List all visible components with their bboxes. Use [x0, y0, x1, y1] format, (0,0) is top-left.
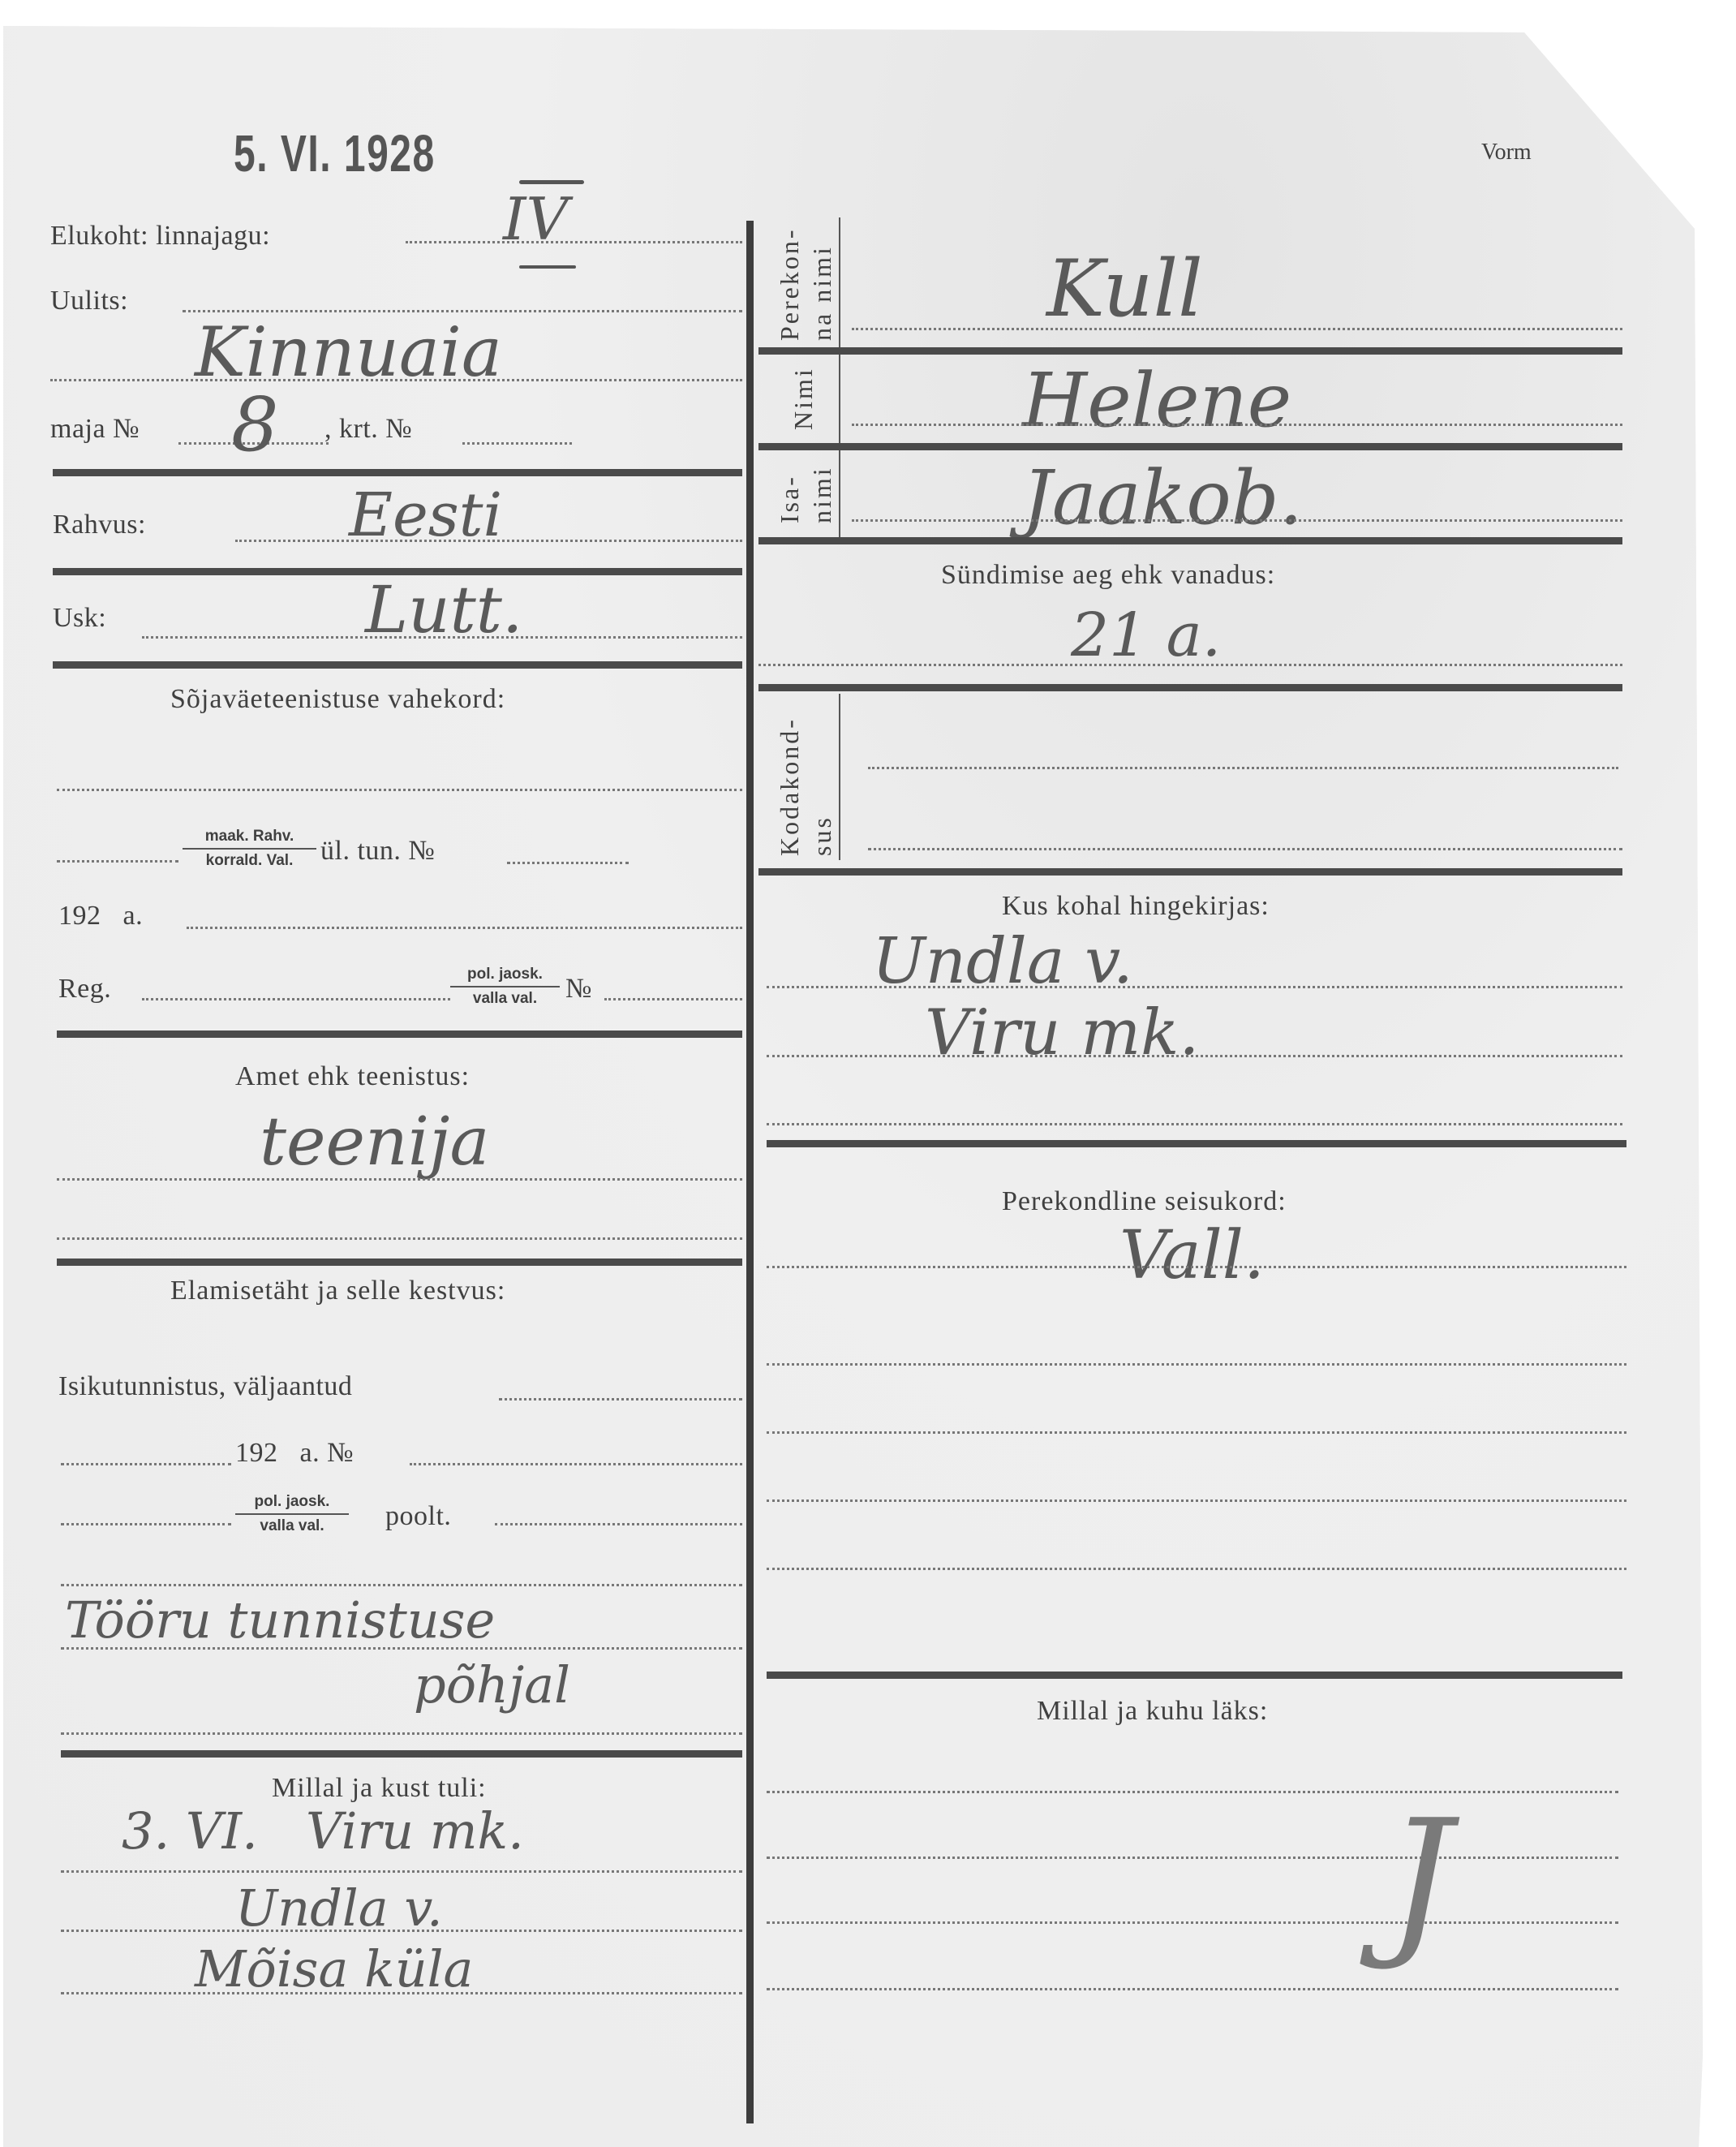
sojavae-field-line: [57, 789, 742, 791]
kodakondsus-label: Kodakond- sus: [773, 717, 838, 856]
divider-line: [57, 1030, 742, 1038]
divider-line: [53, 469, 742, 476]
pol-jaosk-fraction-2: pol. jaosk. valla val.: [235, 1493, 349, 1535]
hingekiri-heading: Kus kohal hingekirjas:: [1002, 891, 1270, 922]
divider-line: [758, 868, 1622, 876]
rahvus-label: Rahvus:: [53, 510, 146, 540]
perekondline-field-line-1: [767, 1266, 1626, 1268]
divider-line: [758, 537, 1622, 544]
sojavae-field-line-2: [57, 860, 178, 863]
frac3-top: pol. jaosk.: [255, 1493, 330, 1511]
amet-field-line: [57, 1178, 742, 1181]
sundimise-field-line: [758, 664, 1622, 666]
ul-tun-field-line: [507, 862, 629, 864]
date-stamp: 5. VI. 1928: [234, 123, 436, 183]
perekonnanimi-field-line: [852, 328, 1622, 330]
usk-value: Lutt.: [365, 572, 522, 648]
elukoht-value: IV: [503, 185, 568, 253]
frac2-top: pol. jaosk.: [467, 966, 543, 983]
ul-tun-label: ül. tun. №: [320, 836, 435, 867]
hingekiri-field-line-3: [767, 1123, 1622, 1125]
tuli-heading: Millal ja kust tuli:: [272, 1773, 487, 1804]
frac1-top: maak. Rahv.: [205, 828, 294, 845]
elamisetaht-field-line-3: [61, 1732, 742, 1735]
year1-label: 192 a.: [58, 901, 143, 932]
laks-field-line-1: [767, 1791, 1618, 1793]
divider-line: [758, 347, 1622, 355]
perekonnanimi-label: Perekon- na nimi: [773, 227, 838, 341]
tuli-field-line-3: [61, 1992, 742, 1994]
perekonnanimi-label-line1: Perekon-: [773, 227, 806, 341]
fraction-bar: [235, 1513, 349, 1515]
fraction-bar: [450, 986, 560, 987]
reg-field-line: [142, 998, 450, 1000]
uulits-field-line-2: [50, 379, 742, 381]
elukoht-field-line: [406, 241, 742, 243]
perekondline-heading: Perekondline seisukord:: [1002, 1186, 1287, 1217]
fraction-bar: [183, 848, 316, 850]
divider-line: [767, 1672, 1622, 1679]
isanimi-label: Isa- nimi: [773, 466, 838, 523]
elamisetaht-value-line2: põhjal: [414, 1655, 570, 1715]
isikutunnistus-field-line: [499, 1398, 742, 1400]
divider-line: [61, 1750, 742, 1758]
hingekiri-field-line-2: [767, 1055, 1622, 1057]
perekondline-field-line-3: [767, 1431, 1626, 1434]
kodakondsus-field-line-1: [868, 767, 1618, 769]
poolt-field-line-right: [495, 1523, 742, 1525]
amet-heading: Amet ehk teenistus:: [235, 1061, 470, 1092]
hingekiri-value-line2: Viru mk.: [925, 996, 1199, 1069]
kodakondsus-field-line-2: [868, 848, 1622, 850]
label-column-divider: [839, 694, 840, 860]
elamisetaht-field-line-2: [61, 1647, 742, 1650]
tuli-field-line-2: [61, 1930, 742, 1932]
amet-field-line-2: [57, 1237, 742, 1240]
nimi-label-text: Nimi: [787, 367, 819, 430]
elukoht-label: Elukoht: linnajagu:: [50, 221, 270, 252]
perekondline-field-line-5: [767, 1568, 1626, 1570]
amet-value: teenija: [260, 1104, 489, 1181]
laks-signature-mark: J: [1387, 1785, 1452, 1974]
form-corner-label: Vorm: [1481, 140, 1532, 166]
reg-label: Reg.: [58, 974, 111, 1005]
year2-field-line-right: [410, 1463, 742, 1465]
poolt-label: poolt.: [385, 1501, 451, 1532]
laks-heading: Millal ja kuhu läks:: [1037, 1696, 1268, 1727]
label-column-divider: [839, 217, 840, 542]
year2-label: 192 a. №: [235, 1438, 354, 1469]
isanimi-label-line1: Isa-: [773, 466, 806, 523]
nimi-label: Nimi: [787, 367, 819, 430]
elamisetaht-field-line-1: [61, 1584, 742, 1586]
perekondline-value: Vall.: [1119, 1217, 1265, 1294]
usk-label: Usk:: [53, 603, 106, 634]
pol-jaosk-fraction: pol. jaosk. valla val.: [450, 966, 560, 1008]
elukoht-overline: [519, 180, 584, 184]
rahvus-value: Eesti: [349, 480, 502, 550]
column-divider: [746, 221, 754, 2123]
divider-line: [758, 684, 1622, 691]
tuli-field-line-1: [61, 1870, 742, 1873]
sojavae-heading: Sõjaväeteenistuse vahekord:: [170, 684, 505, 715]
sundimise-heading: Sündimise aeg ehk vanadus:: [941, 560, 1275, 591]
nimi-field-line: [852, 424, 1622, 426]
perekonnanimi-label-line2: na nimi: [806, 227, 838, 341]
krt-label: , krt. №: [324, 414, 412, 445]
frac1-bottom: korrald. Val.: [206, 852, 294, 870]
frac2-bottom: valla val.: [473, 990, 537, 1008]
elamisetaht-heading: Elamisetäht ja selle kestvus:: [170, 1276, 505, 1306]
uulits-label: Uulits:: [50, 286, 128, 316]
elamisetaht-value-line1: Tööru tunnistuse: [65, 1590, 495, 1650]
divider-line: [758, 443, 1622, 450]
frac3-bottom: valla val.: [260, 1517, 324, 1535]
divider-line: [767, 1140, 1626, 1147]
tuli-value-line3: Mõisa küla: [195, 1939, 473, 1999]
kodakondsus-label-line1: Kodakond-: [773, 717, 806, 856]
laks-field-line-4: [767, 1988, 1618, 1990]
perekondline-field-line-4: [767, 1499, 1626, 1502]
perekonnanimi-value: Kull: [1046, 243, 1203, 334]
krt-field-line: [462, 442, 572, 445]
laks-field-line-2: [767, 1857, 1618, 1859]
nimi-value: Helene: [1022, 357, 1291, 444]
divider-line: [53, 661, 742, 669]
sundimise-value: 21 a.: [1071, 600, 1221, 670]
reg-no-field-line: [604, 998, 742, 1000]
maja-value: 8: [231, 381, 279, 468]
maak-rahv-fraction: maak. Rahv. korrald. Val.: [183, 828, 316, 870]
maja-label: maja №: [50, 414, 140, 445]
laks-field-line-3: [767, 1921, 1618, 1924]
isanimi-label-line2: nimi: [806, 466, 838, 523]
isanimi-value: Jaakob.: [1022, 454, 1303, 541]
tuli-value-line1: 3. VI. Viru mk.: [122, 1801, 524, 1861]
isikutunnistus-label: Isikutunnistus, väljaantud: [58, 1371, 352, 1402]
perekondline-field-line-2: [767, 1363, 1626, 1366]
poolt-field-line-left: [61, 1523, 231, 1525]
elukoht-underline: [519, 265, 576, 269]
year2-field-line-left: [61, 1463, 231, 1465]
year1-field-line: [187, 927, 742, 929]
hingekiri-field-line-1: [767, 986, 1622, 988]
divider-line: [57, 1259, 742, 1266]
kodakondsus-label-line2: sus: [806, 717, 838, 856]
isanimi-field-line: [852, 519, 1622, 522]
reg-no-label: №: [565, 974, 592, 1005]
